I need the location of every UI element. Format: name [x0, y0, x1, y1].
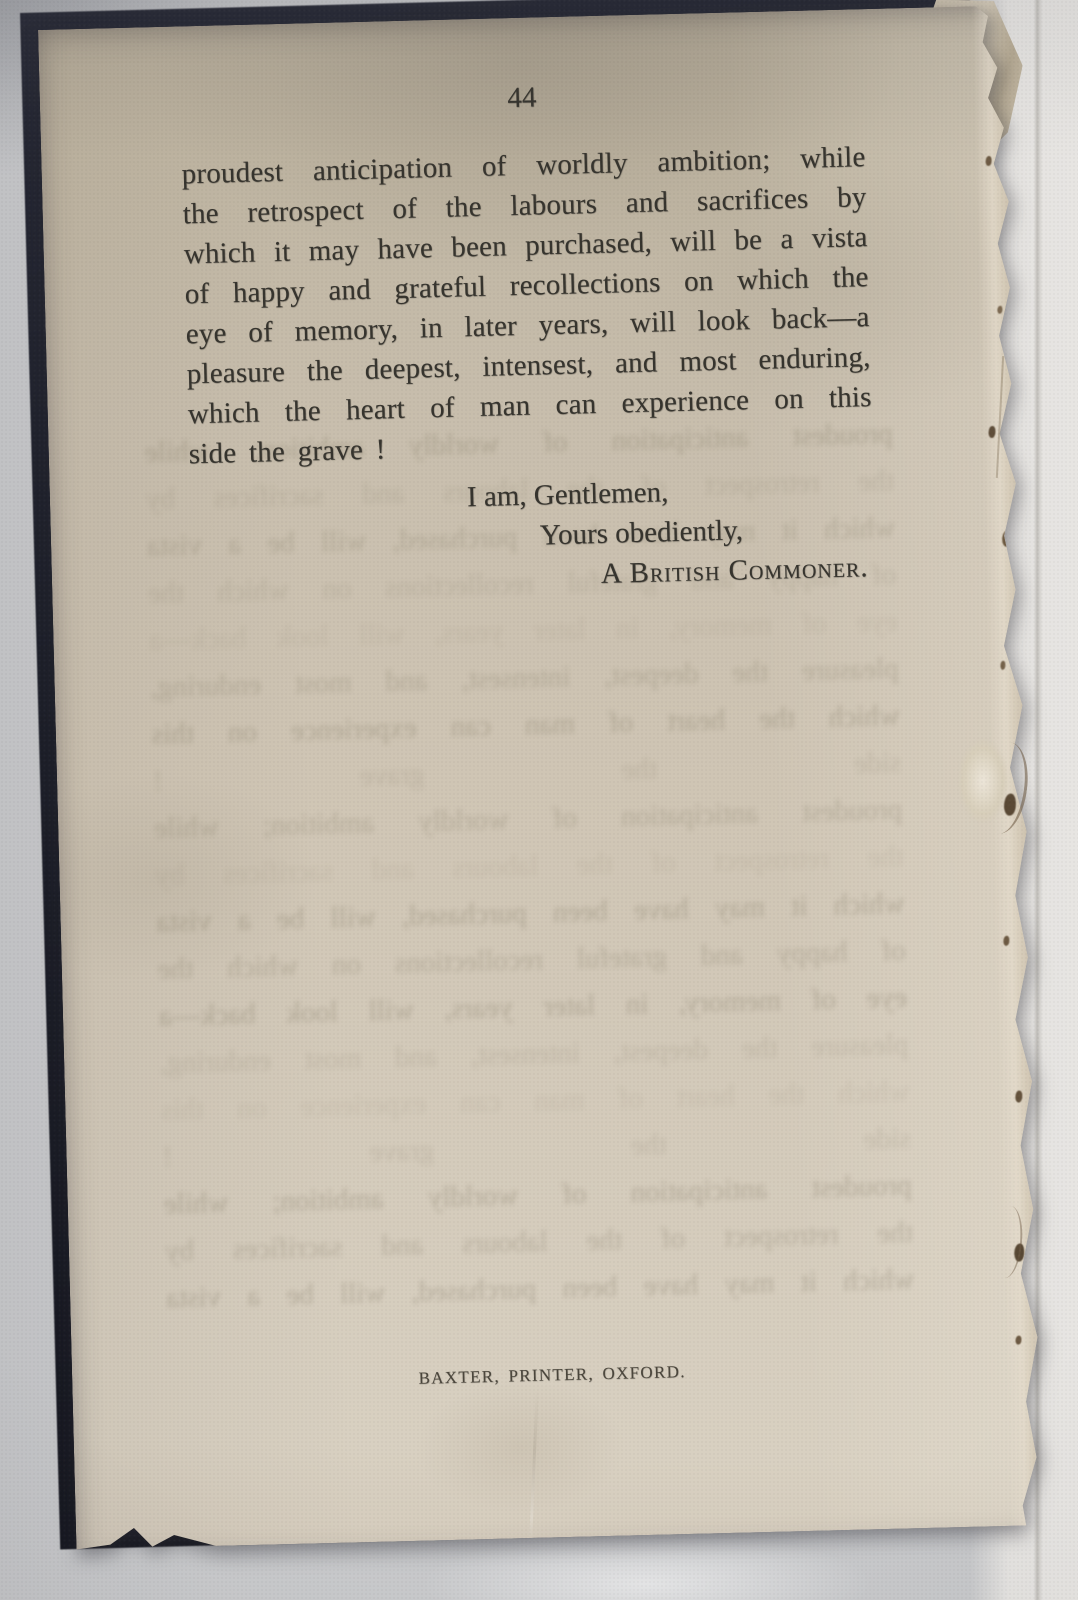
closing-block: I am, Gentlemen, Yours obediently, A Bri… [190, 467, 877, 604]
text-column: 44 proudest anticipation of worldly ambi… [179, 67, 876, 604]
page-number: 44 [179, 67, 864, 128]
photo-of-book-page: proudest anticipation of worldly ambitio… [0, 0, 1078, 1600]
book-page: proudest anticipation of worldly ambitio… [38, 5, 1046, 1549]
crease-line [529, 1390, 539, 1540]
edge-fiber-speck [1002, 531, 1011, 547]
